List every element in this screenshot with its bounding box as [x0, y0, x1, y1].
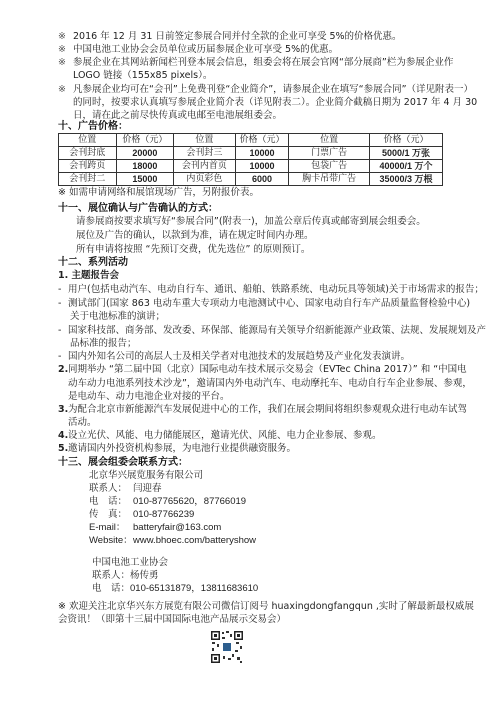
header-cell: 价格（元） [235, 134, 289, 147]
bullet-2: -测试部门(国家 863 电动车重大专项动力电池测试中心、国家电动自行车产品质量… [58, 297, 470, 310]
org2-phone: 电 话：010-65131879，13811683610 [92, 582, 258, 595]
item-4: 4.设立光伏、风能、电力储能展区，邀请光伏、风能、电力企业参展、参观。 [58, 429, 382, 442]
footer-note-line-1: ※ 欢迎关注北京华兴东方展览有限公司微信订阅号 huaxingdongfangq… [58, 600, 474, 613]
section-10-title: 十、广告价格： [58, 120, 128, 133]
section-12-title: 十二、系列活动 [58, 256, 128, 269]
table-row: 会刊封二 15000 内页彩色 6000 胸卡吊带广告 35000/3 万根 [59, 173, 443, 186]
org1-email: E-mail：batteryfair@163.com [89, 521, 221, 534]
section-11-line-1: 请参展商按要求填写好“参展合同”(附表一)，加盖公章后传真或邮寄到展会组委会。 [76, 215, 426, 228]
org2-contact: 联系人：杨传勇 [92, 569, 159, 582]
org1-website: Website：www.bhoec.com/batteryshow [89, 534, 256, 547]
table-header-row: 位置 价格（元） 位置 价格（元） 位置 价格（元） [59, 134, 443, 147]
header-cell: 价格（元） [116, 134, 174, 147]
org1-phone: 电 话：010-87765620，87766019 [89, 495, 246, 508]
item-3-cont: 活动。 [68, 416, 97, 429]
item-2-cont-1: 动车动力电池系列技术沙龙”，邀请国内外电动汽车、电动摩托车、电动自行车企业参展、… [68, 377, 472, 390]
header-cell: 位置 [174, 134, 235, 147]
footer-note-line-2: 会资讯！（即第十三届中国国际电池产品展示交易会） [58, 613, 286, 626]
bullet-2-cont: 关于电池标准的演讲； [70, 310, 165, 323]
header-cell: 位置 [59, 134, 117, 147]
note-company-profile-cont-1: 的同时，按要求认真填写参展企业简介表（详见附表二）。企业简介截稿日期为 2017… [73, 96, 477, 109]
item-2-cont-2: 是电动车、动力电池企业对接的平台。 [68, 390, 230, 403]
document-page: ※2016 年 12 月 31 日前签定参展合同并付全款的企业可享受 5%的价格… [0, 0, 500, 711]
note-company-profile: ※凡参展企业均可在“会刊”上免费刊登“企业简介”，请参展企业在填写“参展合同”（… [58, 83, 473, 96]
bullet-1: -用户(包括电动汽车、电动自行车、通讯、船舶、铁路系统、电动玩具等领域)关于市场… [58, 283, 484, 296]
item-3: 3.为配合北京市新能源汽车发展促进中心的工作，我们在展会期间将组织参观观众进行电… [58, 403, 467, 416]
org1-contact: 联系人：闫迎春 [89, 482, 162, 495]
item-2: 2.同期举办 “第二届中国（北京）国际电动车技术展示交易会（EVTec Chin… [58, 363, 467, 376]
ad-table-note: ※ 如需申请网络和展馆现场广告，另附报价表。 [58, 186, 259, 199]
website-link[interactable]: www.bhoec.com/batteryshow [133, 535, 256, 546]
org2-name: 中国电池工业协会 [92, 556, 168, 569]
org1-name: 北京华兴展览服务有限公司 [89, 469, 203, 482]
note-member-discount: ※中国电池工业协会会员单位或历届参展企业可享受 5%的优惠。 [58, 43, 338, 56]
item-1-title: 1. 主题报告会 [58, 269, 119, 282]
item-5: 5.邀请国内外投资机构参展，为电池行业提供融资服务。 [58, 442, 296, 455]
bullet-4: -国内外知名公司的高层人士及相关学者对电池技术的发展趋势及产业化发表演讲。 [58, 350, 410, 363]
bullet-3-cont: 品标准的报告； [70, 337, 137, 350]
org1-fax: 传 真：010-87766239 [89, 508, 194, 521]
table-row: 会刊跨页 18000 会刊内首页 10000 包袋广告 40000/1 万个 [59, 160, 443, 173]
header-cell: 位置 [289, 134, 370, 147]
section-11-line-2: 展位及广告的确认，以款到为准，请在规定时间内办理。 [76, 229, 314, 242]
ad-price-table: 位置 价格（元） 位置 价格（元） 位置 价格（元） 会刊封底 20000 会刊… [58, 133, 443, 186]
note-logo-link-cont: LOGO 链接（155x85 pixels）。 [73, 69, 212, 82]
qr-code-icon [210, 630, 244, 664]
table-row: 会刊封底 20000 会刊封三 10000 门票广告 5000/1 万张 [59, 147, 443, 160]
bullet-3: -国家科技部、商务部、发改委、环保部、能源局有关领导介绍新能源产业政策、法规、发… [58, 324, 486, 337]
section-11-title: 十一、展位确认与广告确认的方式： [58, 202, 218, 215]
note-logo-link: ※参展企业在其网站新闻栏刊登本展会信息，组委会将在展会官网“部分展商”栏为参展企… [58, 56, 453, 69]
section-11-line-3: 所有申请将按照 “先预订交费，优先选位” 的原则预订。 [76, 243, 310, 256]
note-discount-early: ※2016 年 12 月 31 日前签定参展合同并付全款的企业可享受 5%的价格… [58, 30, 402, 43]
email-link[interactable]: batteryfair@163.com [133, 522, 221, 533]
header-cell: 价格（元） [370, 134, 443, 147]
section-13-title: 十三、展会组委会联系方式： [58, 456, 188, 469]
